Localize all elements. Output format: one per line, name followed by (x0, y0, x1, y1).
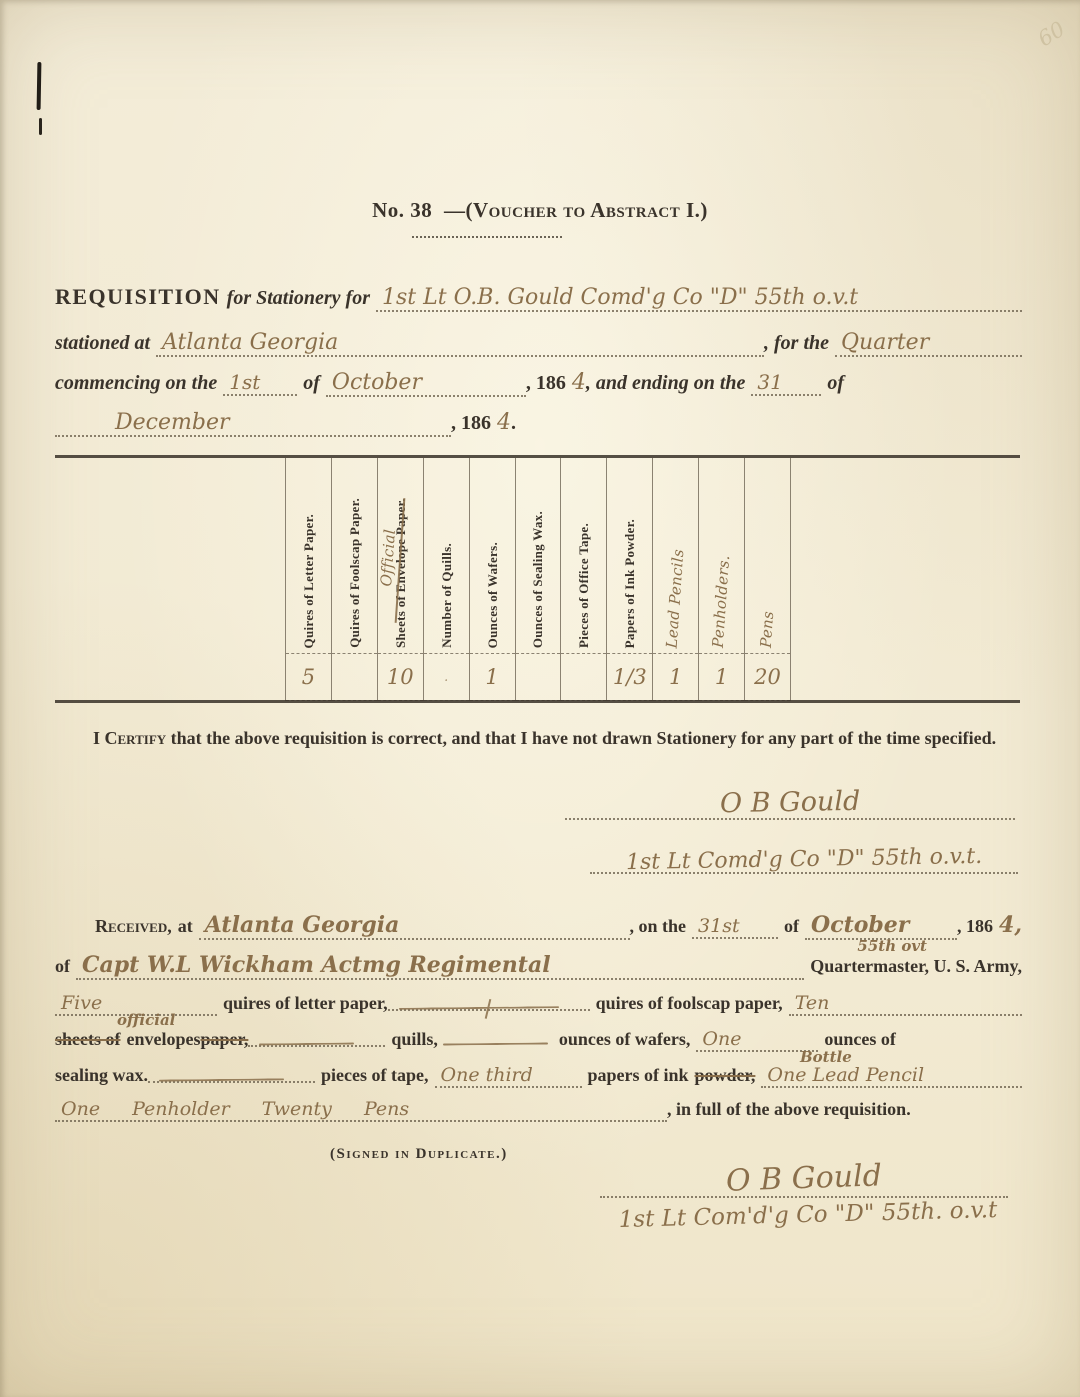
period-dot: . (511, 412, 516, 435)
pen-dash (399, 1006, 559, 1010)
column-header-ink-powder: Papers of Ink Powder. (623, 519, 636, 648)
received-line-2: of Capt W.L Wickham Actmg Regimental Qua… (55, 952, 1022, 984)
margin-ink-dot (39, 118, 42, 135)
received-day-field: 31st (692, 915, 778, 939)
foolscap-qty-field (388, 1007, 590, 1011)
column-header-pens-handwritten: Pens (759, 611, 777, 649)
table-column: Number of Quills. . (423, 458, 469, 701)
quills-label: quills, (391, 1029, 438, 1050)
commencing-label: commencing on the (55, 372, 217, 395)
envelope-qty-field: Ten (789, 992, 1022, 1016)
station-field: Atlanta Georgia (156, 330, 764, 357)
end-month-field: December (55, 410, 451, 437)
pen-dash (443, 1042, 548, 1045)
pencil-qty-field: One Lead Pencil (761, 1064, 1022, 1088)
table-column: Pens 20 (744, 458, 791, 701)
regiment-overlay-handwriting: 55th ovt (857, 937, 927, 955)
requisition-title: REQUISITION (55, 284, 221, 310)
period-field: Quarter (835, 330, 1022, 357)
certify-body: that the above requisition is correct, a… (166, 728, 996, 748)
for-stationery-label: for Stationery for (227, 287, 370, 310)
scanned-requisition-document: 60 No. 38 —(Voucher to Abstract I.) REQU… (0, 0, 1080, 1397)
value-sealing-wax (516, 654, 561, 701)
requisition-line-2: stationed at Atlanta Georgia , for the Q… (55, 330, 1022, 364)
certify-lead: I Certify (93, 728, 166, 748)
table-column: Pieces of Office Tape. (560, 458, 606, 701)
received-place-field: Atlanta Georgia (199, 912, 630, 940)
start-month-field: October (326, 370, 526, 397)
value-wafers: 1 (470, 654, 515, 701)
penholder-pens-qty-field: One Penholder Twenty Pens (55, 1098, 667, 1122)
certify-signature-title-line: 1st Lt Comd'g Co "D" 55th o.v.t. (590, 830, 1018, 874)
of-label-2: of (827, 372, 844, 395)
form-number: No. 38 (372, 198, 432, 222)
tape-label: pieces of tape, (321, 1065, 428, 1086)
signed-in-duplicate-label: (Signed in Duplicate.) (330, 1146, 508, 1163)
end-day-field: 31 (751, 370, 821, 396)
heading-rule (412, 236, 562, 238)
table-bottom-rule (55, 700, 1020, 703)
receipt-signature-title: 1st Lt Com'd'g Co "D" 55th. o.v.t (588, 1196, 1029, 1234)
in-full-label: , in full of the above requisition. (667, 1099, 911, 1120)
value-pens: 20 (745, 654, 790, 701)
pen-dash (159, 1078, 284, 1081)
of-label-1: of (303, 372, 320, 395)
ink-qty-field: One third (435, 1064, 582, 1088)
powder-label-struck: powder, (695, 1065, 756, 1086)
value-ink-powder: 1/3 (607, 654, 652, 701)
table-column: Penholders. 1 (698, 458, 744, 701)
table-column: Quires of Letter Paper. 5 (285, 458, 331, 701)
value-foolscap-paper (332, 654, 377, 701)
receipt-signature-line: O B Gould (600, 1150, 1008, 1198)
end-year-digit: 4 (497, 410, 511, 435)
certify-signature: O B Gould (720, 786, 861, 819)
foolscap-paper-label: quires of foolscap paper, (596, 993, 783, 1014)
value-penholders: 1 (699, 654, 744, 701)
ending-label: , and ending on the (586, 372, 745, 395)
value-office-tape (561, 654, 606, 701)
start-day-field: 1st (223, 370, 297, 396)
certification-paragraph: I Certify that the above requisition is … (55, 722, 1022, 754)
column-header-office-tape: Pieces of Office Tape. (577, 523, 590, 648)
receipt-signature: O B Gould (725, 1158, 882, 1198)
corner-pencil-annotation: 60 (1034, 17, 1069, 52)
received-year-digit: 4, (999, 912, 1022, 938)
table-column: Ounces of Sealing Wax. (515, 458, 561, 701)
column-header-sealing-wax: Ounces of Sealing Wax. (531, 511, 544, 648)
table-column: Quires of Foolscap Paper. (331, 458, 377, 701)
certify-signature-title: 1st Lt Comd'g Co "D" 55th o.v.t. (626, 844, 983, 875)
table-column: Ounces of Wafers. 1 (469, 458, 515, 701)
value-envelope-paper: 10 (378, 654, 423, 701)
stationery-quantities-table: Quires of Letter Paper. 5 Quires of Fool… (285, 458, 791, 701)
received-of-label: of (784, 916, 799, 937)
wafers-label: ounces of wafers, (559, 1029, 690, 1050)
issuing-officer-field: Capt W.L Wickham Actmg Regimental (76, 952, 804, 980)
column-header-quills: Number of Quills. (440, 543, 453, 648)
margin-ink-stroke (37, 62, 42, 110)
sealing-wax-label: sealing wax. (55, 1065, 148, 1086)
column-header-penholders-handwritten: Penholders. (711, 555, 732, 649)
form-heading: No. 38 —(Voucher to Abstract I.) (0, 198, 1080, 223)
column-header-letter-paper: Quires of Letter Paper. (302, 514, 315, 648)
table-column: Sheets of Envelope Paper. Official 10 (377, 458, 423, 701)
quartermaster-label: Quartermaster, U. S. Army, (810, 956, 1022, 977)
received-month-field: October (805, 912, 957, 940)
received-line-4: sheets of envelopes paper, quills, ounce… (55, 1028, 1022, 1060)
official-overlay-handwriting: Official (379, 529, 398, 587)
received-line-5: sealing wax. pieces of tape, One third p… (55, 1064, 1022, 1096)
quills-qty-field (248, 1043, 385, 1047)
received-line-3: Five quires of letter paper, quires of f… (55, 992, 1022, 1024)
stationed-at-label: stationed at (55, 332, 150, 355)
column-header-wafers: Ounces of Wafers. (486, 542, 499, 648)
papers-of-ink-label: papers of ink (588, 1065, 689, 1086)
received-label: Received, (95, 916, 172, 937)
on-the-label: , on the (630, 916, 687, 937)
for-the-label: , for the (764, 332, 829, 355)
of-label: of (55, 956, 70, 977)
bottle-overlay-handwriting: Bottle (800, 1048, 852, 1066)
year-printed-2: , 186 (451, 412, 491, 435)
value-letter-paper: 5 (286, 654, 331, 701)
received-year-printed: , 186 (957, 916, 993, 937)
officer-name-field: 1st Lt O.B. Gould Comd'g Co "D" 55th o.v… (376, 285, 1022, 312)
received-line-6: One Penholder Twenty Pens , in full of t… (55, 1098, 1022, 1130)
certify-signature-line: O B Gould (565, 776, 1015, 820)
ounces-of-label: ounces of (824, 1029, 896, 1050)
year-printed-1: , 186 (526, 372, 566, 395)
paper-label-struck: paper, (201, 1029, 249, 1050)
start-year-digit: 4 (572, 370, 586, 395)
at-label: at (178, 916, 193, 937)
form-subtitle: —(Voucher to Abstract I.) (444, 198, 708, 222)
pen-dash (259, 1043, 354, 1046)
column-header-lead-pencils-handwritten: Lead Pencils (665, 548, 687, 648)
letter-paper-label: quires of letter paper, (223, 993, 388, 1014)
official-overlay-handwriting: official (117, 1011, 175, 1029)
value-quills: . (424, 654, 469, 701)
sheets-of-label-struck: sheets of (55, 1029, 121, 1050)
requisition-line-4: December , 186 4 . (55, 410, 1022, 444)
tape-qty-field (148, 1079, 315, 1083)
table-column: Lead Pencils 1 (652, 458, 698, 701)
value-lead-pencils: 1 (653, 654, 698, 701)
requisition-line-1: REQUISITION for Stationery for 1st Lt O.… (55, 284, 1022, 318)
column-header-foolscap-paper: Quires of Foolscap Paper. (348, 498, 361, 648)
envelope-label: envelopes (127, 1029, 201, 1050)
table-column: Papers of Ink Powder. 1/3 (606, 458, 652, 701)
requisition-line-3: commencing on the 1st of October , 186 4… (55, 370, 1022, 404)
